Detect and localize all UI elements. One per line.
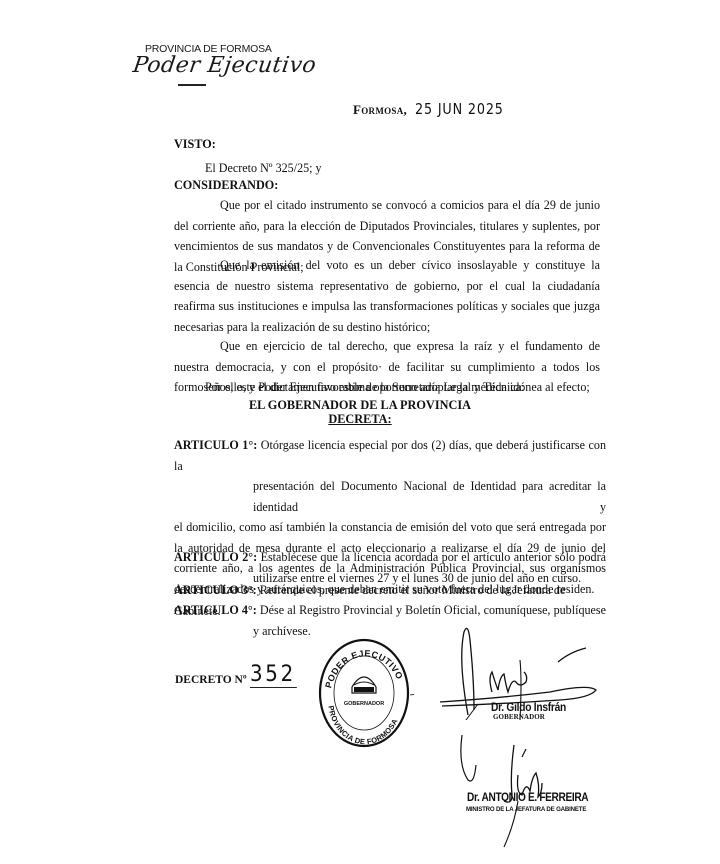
resolution-heading: EL GOBERNADOR DE LA PROVINCIA DECRETA: (0, 398, 720, 426)
governor-title: GOBERNADOR (493, 713, 545, 721)
visto-text: El Decreto Nº 325/25; y (205, 158, 322, 179)
article-label: ARTICULO 2°: (174, 550, 257, 564)
official-seal-icon: PODER EJECUTIVO PROVINCIA DE FORMOSA GOB… (314, 635, 414, 750)
article-text: presentación del Documento Nacional de I… (174, 476, 606, 517)
decree-label: DECRETO Nº (175, 674, 247, 686)
resolution-line-2: DECRETA: (0, 412, 720, 426)
article-label: ARTICULO 3°: (174, 583, 257, 597)
article-text: Establécese que la licencia acordada por… (261, 550, 606, 564)
date-line: Formosa, 25 JUN 2025 (353, 100, 520, 119)
visto-heading: VISTO: (174, 137, 216, 152)
minister-name: Dr. ANTONIO E. FERREIRA (467, 792, 588, 804)
considerando-heading: CONSIDERANDO: (174, 178, 278, 193)
governor-name: Dr. Gildo Insfrán (491, 700, 566, 714)
article-label: ARTICULO 4°: (174, 603, 257, 617)
letterhead-rule (178, 84, 206, 86)
seal-center-text: GOBERNADOR (344, 701, 384, 707)
considerando-closing: Por ello, y el dictamen favorable de la … (205, 377, 524, 398)
date-place: Formosa, (353, 102, 407, 117)
article-text: Dése al Registro Provincial y Boletín Of… (260, 603, 606, 617)
letterhead-executive: Poder Ejecutivo (131, 53, 318, 78)
minister-title: MINISTRO DE LA JEFATURA DE GABINETE (466, 806, 586, 813)
considerando-paragraph: Que la emisión del voto es un deber cívi… (174, 255, 600, 337)
article-label: ARTICULO 1°: (174, 438, 257, 452)
decree-number: 352 (250, 662, 297, 688)
date-stamp: 25 JUN 2025 (415, 100, 504, 118)
resolution-line-1: EL GOBERNADOR DE LA PROVINCIA (249, 398, 471, 412)
